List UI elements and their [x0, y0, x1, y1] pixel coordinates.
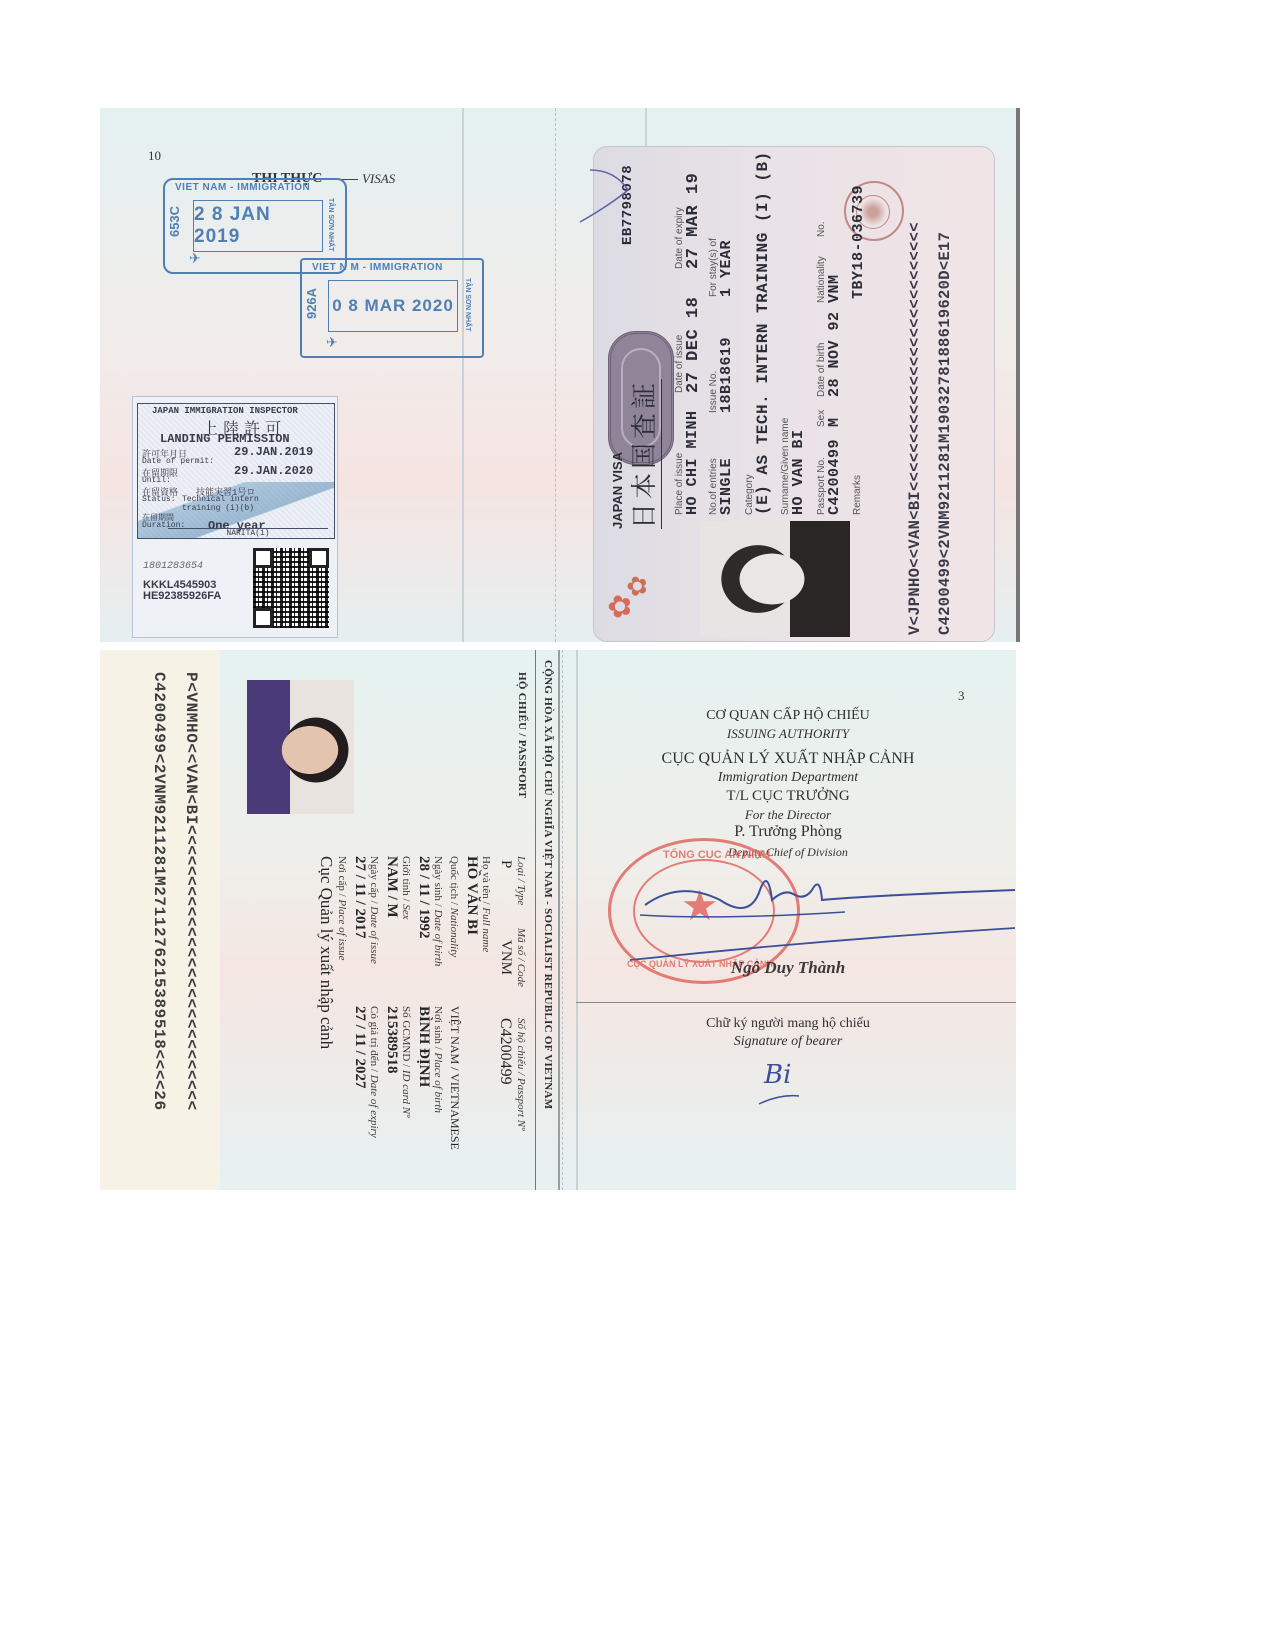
name-label-vi: Họ và tên / [480, 856, 492, 905]
type-label: Loại / Type [515, 856, 527, 905]
remarks-label: Remarks [852, 475, 863, 515]
passport-mrz-line-1: P<VNMHO<<VAN<BI<<<<<<<<<<<<<<<<<<<<<<<<<… [182, 672, 200, 1111]
page-number: 3 [958, 688, 965, 704]
permit-date: 29.JAN.2019 [234, 445, 313, 459]
title-rule [535, 650, 536, 1190]
date-of-birth: 28 / 11 / 1992 [415, 856, 432, 939]
title-en: LANDING PERMISSION [160, 432, 290, 446]
signatory-name: Ngô Duy Thành [560, 958, 1016, 978]
nationality-label-en: Nationality [448, 908, 460, 958]
landing-permission-box: JAPAN IMMIGRATION INSPECTOR 上 陸 許 可 LAND… [137, 403, 335, 539]
signature-divider [576, 1002, 1016, 1003]
full-name: HỒ VĂN BI [463, 856, 480, 935]
country-code: VNM [497, 940, 514, 975]
status-label: Status: [142, 495, 176, 504]
place-issue-label-vi: Nơi cấp / [336, 856, 348, 897]
for-director-en: For the Director [560, 807, 1016, 823]
qr-finder [253, 548, 273, 568]
visas-heading-en: VISAS [362, 171, 395, 187]
title-en: Deputy Chief of Division [560, 845, 1016, 860]
stamp-port: TÂN SƠN NHẤT [464, 278, 471, 331]
place-of-issue: HO CHI MINH [684, 410, 701, 515]
holder-name: HO VAN BI [790, 429, 807, 515]
issue-date-label-vi: Ngày cấp / [368, 856, 380, 904]
bearer-signature-label-en: Signature of bearer [560, 1034, 1016, 1050]
until-label: Until: [142, 476, 171, 485]
passport-no: C4200499 [496, 1018, 514, 1085]
title-vi: P. Trưởng Phòng [560, 823, 1016, 841]
page-fold [555, 108, 557, 642]
entries: SINGLE [718, 458, 735, 515]
qr-code-icon [253, 548, 329, 628]
pob-label-en: Place of birth [432, 1052, 444, 1113]
stamp-port: TÂN SƠN NHẤT [327, 198, 334, 251]
qr-finder [253, 608, 273, 628]
date-of-expiry: 27 MAR 19 [684, 173, 703, 269]
stamp-header: VIET NAM - IMMIGRATION [175, 182, 310, 193]
cherry-blossom-icon: ✿ [606, 594, 636, 619]
department-vi: CỤC QUẢN LÝ XUẤT NHẬP CẢNH [560, 750, 1016, 768]
airplane-icon: ✈ [189, 250, 201, 267]
dob-label-en: Date of birth [432, 909, 444, 966]
visa-mrz-line-1: V<JPNHO<<VAN<BI<<<<<<<<<<<<<<<<<<<<<<<<<… [906, 222, 924, 635]
page-number: 10 [148, 148, 161, 164]
until-date: 29.JAN.2020 [234, 464, 313, 478]
passport-type: P [497, 860, 514, 868]
nationality: VIỆT NAM / VIETNAMESE [447, 1006, 462, 1150]
stay: 1 YEAR [718, 240, 735, 297]
sticker-serial: 1801283654 [143, 561, 203, 572]
director-signature [600, 860, 1020, 970]
stamp-date: 0 8 MAR 2020 [328, 280, 458, 332]
passport-no: C4200499 [826, 439, 843, 515]
place-issue-label-en: Place of issue [336, 899, 348, 960]
bearer-signature: Bi [764, 1060, 791, 1090]
expiry-label-en: Date of expiry [368, 1075, 380, 1138]
bearer-signature-label-vi: Chữ ký người mang hộ chiếu [560, 1016, 1016, 1032]
visa-photo [700, 521, 850, 637]
date-of-expiry: 27 / 11 / 2027 [351, 1006, 368, 1089]
nationality-label-vi: Quốc tịch / [448, 856, 460, 905]
passport-mrz-line-2: C4200499<2VNM9211281M2711276215389518<<<… [150, 672, 168, 1111]
department-en: Immigration Department [560, 770, 1016, 786]
visa-title-en: JAPAN VISA [610, 452, 625, 529]
bearer-signature-underline [755, 1090, 805, 1110]
passport-photo [247, 680, 354, 814]
passport-no-label: Số hộ chiếu / Passport Nº [515, 1018, 527, 1131]
passport-data-page: CỘNG HÒA XÃ HỘI CHỦ NGHĨA VIỆT NAM - SOC… [100, 650, 560, 1190]
issue-date-label-en: Date of issue [368, 906, 380, 963]
port-of-entry: NARITA(1) [168, 528, 328, 538]
for-director-vi: T/L CỤC TRƯỞNG [560, 788, 1016, 805]
category: (E) AS TECH. INTERN TRAINING (I) (B) [754, 151, 772, 515]
qr-finder [309, 548, 329, 568]
issue-no: 18B18619 [718, 337, 735, 413]
cherry-blossom-icon: ✿ [624, 575, 650, 597]
stamp-code: 653C [167, 206, 182, 237]
visa-mrz-line-2: C4200499<2VNM9211281M1903278188619620D<E… [936, 232, 954, 635]
sex: M [826, 417, 843, 427]
page-guide-line [462, 108, 464, 642]
id-label-en: ID card Nº [400, 1070, 412, 1118]
stamp-code: 926A [304, 288, 319, 319]
issuing-authority-en: ISSUING AUTHORITY [560, 726, 1016, 742]
dob: 28 NOV 92 [826, 311, 843, 397]
republic-title: CỘNG HÒA XÃ HỘI CHỦ NGHĨA VIỆT NAM - SOC… [542, 660, 554, 1109]
pen-mark [570, 150, 650, 230]
landing-permission-sticker: JAPAN IMMIGRATION INSPECTOR 上 陸 許 可 LAND… [132, 396, 338, 638]
passport-title: HỘ CHIẾU / PASSPORT [516, 672, 528, 798]
visa-title-jp: 日本国査証 [624, 379, 662, 529]
airplane-icon: ✈ [326, 334, 338, 351]
sex: NAM / M [383, 856, 400, 918]
exit-stamp-2020: VIET N M - IMMIGRATION 0 8 MAR 2020 926A… [300, 258, 484, 358]
date-of-issue: 27 DEC 18 [684, 297, 703, 393]
status-value: Technical intern training (i)(b) [182, 495, 272, 513]
place-of-birth: BÌNH ĐỊNH [415, 1006, 432, 1087]
sex-label-en: Sex [400, 904, 412, 919]
id-card-number: 215389518 [383, 1006, 400, 1074]
stamp-date: 2 8 JAN 2019 [193, 200, 323, 252]
id-label-vi: Số GCMND / [400, 1006, 412, 1067]
stamp-header: VIET N M - IMMIGRATION [312, 262, 443, 273]
inspector-label: JAPAN IMMIGRATION INSPECTOR [152, 406, 298, 416]
sex-label-vi: Giới tính / [400, 856, 412, 902]
code-label: Mã số / Code [515, 928, 527, 987]
control-no: TBY18-036739 [850, 185, 867, 299]
nationality: VNM [826, 274, 843, 303]
place-of-issue: Cục Quản lý xuất nhập cảnh [316, 856, 336, 1049]
pob-label-vi: Nơi sinh / [432, 1006, 444, 1050]
permit-date-label: Date of permit: [142, 457, 214, 466]
sticker-code-2: HE92385926FA [143, 590, 221, 602]
date-of-issue: 27 / 11 / 2017 [351, 856, 368, 939]
issuing-authority-vi: CƠ QUAN CẤP HỘ CHIẾU [560, 708, 1016, 724]
dob-label-vi: Ngày sinh / [432, 856, 444, 907]
no-label: No. [816, 221, 827, 237]
expiry-label-vi: Có giá trị đến / [368, 1006, 380, 1072]
name-label-en: Full name [480, 907, 492, 952]
japan-visa-sticker: ✿ ✿ EB7798078 JAPAN VISA 日本国査証 Place of … [593, 146, 995, 642]
